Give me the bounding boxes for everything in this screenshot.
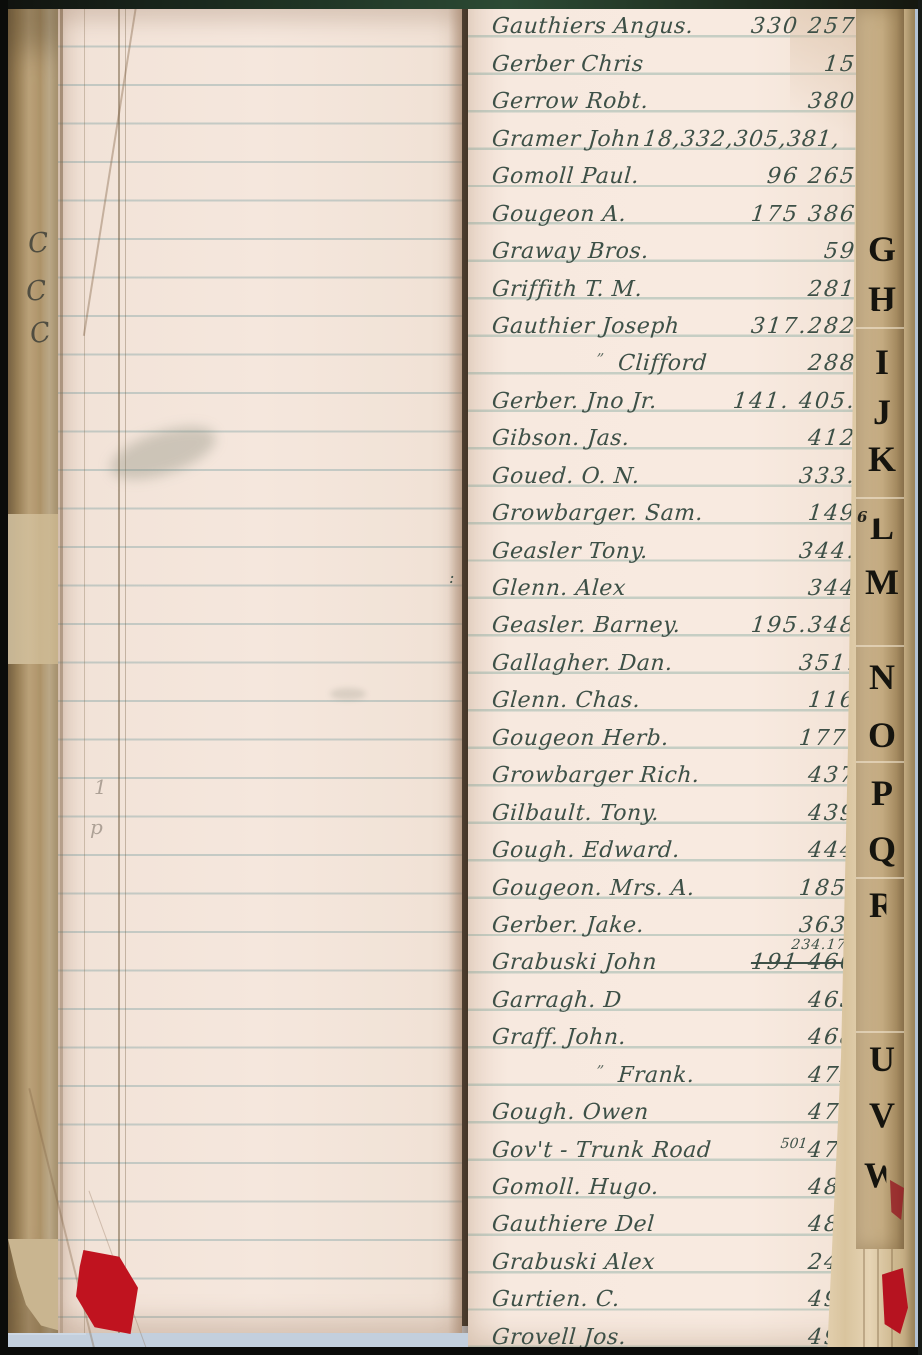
entry-name: Gerber. Jake. (477, 913, 645, 938)
entry-name: Gov't - Trunk Road (477, 1138, 712, 1163)
entry-page-numbers: 195.348 (750, 613, 866, 638)
tab-tear-line (856, 877, 904, 879)
page-numbers: 344. (798, 539, 858, 564)
entry-page-numbers: 96 265 (766, 164, 866, 189)
entry-page-numbers: 18,332,305,381, (639, 127, 849, 152)
entry-name: Gough. Owen (477, 1100, 650, 1125)
page-numbers: 288 (807, 351, 858, 376)
page-numbers: 96 265 (766, 164, 858, 189)
entry-name: Griffith T. M. (477, 277, 643, 302)
entry-name: Gallagher. Dan. (477, 651, 673, 676)
page-fold-line (60, 9, 63, 1333)
index-entry: Gough. Edward.444 (478, 826, 864, 863)
index-entry: Garragh. D465 (478, 975, 864, 1012)
torn-paper-chunk (8, 514, 60, 664)
entry-name: ”Clifford (477, 350, 708, 376)
alphabet-tab-j[interactable]: J (864, 394, 900, 430)
entry-name: Gerber. Jno Jr. (477, 389, 658, 414)
index-entry: Griffith T. M.281 (478, 264, 864, 301)
entry-name: ”Frank. (477, 1062, 695, 1088)
page-numbers: 195.348 (750, 613, 858, 638)
entry-page-numbers: 175 386 (750, 202, 866, 227)
page-numbers: 351. (798, 651, 858, 676)
entry-name: Gurtien. C. (477, 1287, 621, 1312)
alphabet-tab-v[interactable]: V (864, 1097, 900, 1133)
entry-name: Glenn. Chas. (477, 688, 641, 713)
page-numbers: 281 (807, 277, 858, 302)
entry-name: Goued. O. N. (477, 464, 640, 489)
entry-name: Graway Bros. (477, 239, 650, 264)
page-numbers: 149 (807, 501, 858, 526)
index-entry: Gomoll. Hugo.483 (478, 1163, 864, 1200)
struck-page-numbers: 191 460 (750, 950, 858, 975)
index-entry: Growbarger Rich.437 (478, 751, 864, 788)
tab-tear-line (856, 327, 904, 329)
entry-name: Gougeon Herb. (477, 726, 670, 751)
entry-name: Gauthiere Del (477, 1212, 655, 1237)
scan-border (918, 0, 922, 1355)
scan-border (0, 1347, 922, 1355)
index-entry: Glenn. Alex344 (478, 564, 864, 601)
ink-smudge (330, 688, 366, 700)
alphabet-tab-p[interactable]: P (864, 775, 900, 811)
index-entry: Gough. Owen474 (478, 1088, 864, 1125)
entry-name: Geasler Tony. (477, 539, 649, 564)
index-entry: Gauthier Joseph317.282 (478, 302, 864, 339)
entry-name: Growbarger. Sam. (477, 501, 704, 526)
index-entry: Graff. John.468 (478, 1013, 864, 1050)
index-entry: Gerber. Jake.363. (478, 901, 864, 938)
entry-name: Graff. John. (477, 1025, 627, 1050)
entry-name: Gomoll. Hugo. (477, 1175, 660, 1200)
index-entry: Grovell Jos.498 (478, 1312, 864, 1349)
index-entry: Grabuski Alex241 (478, 1237, 864, 1274)
index-entry: Glenn. Chas.116 (478, 676, 864, 713)
entry-name: Gerrow Robt. (477, 89, 649, 114)
index-entry: Gerber Chris15 (478, 39, 864, 76)
alphabet-tab-u[interactable]: U (864, 1041, 900, 1077)
alphabet-tab-h[interactable]: H (864, 281, 900, 317)
entry-name: Gougeon. Mrs. A. (477, 876, 695, 901)
index-entry: Gougeon Herb.177. (478, 713, 864, 750)
index-entry: Gov't - Trunk Road501479 (478, 1125, 864, 1162)
entry-name: Grovell Jos. (477, 1325, 627, 1350)
entry-name: Grabuski John (477, 950, 658, 975)
entry-name: Growbarger Rich. (477, 763, 700, 788)
tab-tear-line (856, 1031, 904, 1033)
entry-name: Gough. Edward. (477, 838, 681, 863)
page-fold-line (84, 9, 85, 1333)
alphabet-tab-l[interactable]: L (864, 509, 900, 545)
pencil-mark: p (90, 815, 103, 839)
page-numbers: 141. 405. (732, 389, 858, 414)
index-entry: Geasler. Barney.195.348 (478, 601, 864, 638)
index-entry: Grabuski John191 460234.176. (478, 938, 864, 975)
page-numbers: 317.282 (750, 314, 858, 339)
page-numbers: 344 (807, 576, 858, 601)
entry-name: Geasler. Barney. (477, 613, 681, 638)
page-numbers: 330 257 (750, 14, 858, 39)
tab-tear-line (856, 497, 904, 499)
entry-page-numbers: 317.282 (750, 314, 866, 339)
index-entry: ”Frank.472 (478, 1050, 864, 1087)
index-entry: Gibson. Jas.412 (478, 414, 864, 451)
margin-letter-mark: C (24, 275, 48, 308)
alphabet-tab-g[interactable]: G (864, 231, 900, 267)
index-entry: Gurtien. C.495 (478, 1275, 864, 1312)
page-numbers: 18,332,305,381, (641, 127, 841, 152)
ditto-mark: ” (596, 1062, 605, 1080)
entry-name: Garragh. D (477, 988, 622, 1013)
stray-ink-mark: : (449, 568, 454, 587)
entry-name: Gauthier Joseph (477, 314, 680, 339)
index-entry: Geasler Tony.344. (478, 526, 864, 563)
tab-small-mark: 6 (857, 508, 867, 526)
entry-name: Gauthiers Angus. (477, 14, 694, 39)
page-numbers: 412 (807, 426, 858, 451)
entry-name: Gomoll Paul. (477, 164, 640, 189)
alphabet-tab-r[interactable]: R (864, 887, 900, 923)
index-entry: Gilbault. Tony.439 (478, 788, 864, 825)
entry-name: Gerber Chris (477, 52, 644, 77)
scanned-ledger-page: C C C 1 p : Gauthiers Angus.330 257Gerbe… (0, 0, 922, 1355)
index-entry: Gallagher. Dan.351. (478, 638, 864, 675)
ditto-mark: ” (596, 350, 605, 368)
alphabet-tab-m[interactable]: M (864, 564, 900, 600)
index-entry: Gougeon. Mrs. A.185. (478, 863, 864, 900)
tab-tear-line (856, 761, 904, 763)
index-entry: Growbarger. Sam.149 (478, 489, 864, 526)
page-numbers: 333. (798, 464, 858, 489)
tab-tear-line (856, 645, 904, 647)
page-numbers: 175 386 (750, 202, 858, 227)
margin-letter-mark: C (26, 227, 50, 260)
entry-page-numbers: 141. 405. (732, 389, 866, 414)
alphabet-tab-o[interactable]: O (864, 717, 900, 753)
entry-page-numbers: 330 257 (750, 14, 866, 39)
page-fold-line (125, 9, 126, 1333)
index-entry: Gomoll Paul.96 265 (478, 152, 864, 189)
alphabet-tab-q[interactable]: Q (864, 831, 900, 867)
alphabet-tab-strip: GHIJKLMNOPQRUVW (856, 9, 904, 1249)
entry-name: Grabuski Alex (477, 1250, 656, 1275)
index-entry: Graway Bros.59 (478, 227, 864, 264)
page-numbers: 15 (823, 52, 858, 77)
page-numbers: 59 (823, 239, 858, 264)
index-entry: Gerber. Jno Jr.141. 405. (478, 376, 864, 413)
page-fold-line (118, 9, 120, 1333)
index-entry: ”Clifford288 (478, 339, 864, 376)
scan-border (0, 0, 8, 1355)
entries-list: Gauthiers Angus.330 257Gerber Chris15Ger… (478, 2, 864, 1355)
entry-name: Gougeon A. (477, 202, 627, 227)
alphabet-tab-n[interactable]: N (864, 659, 900, 695)
scan-border (0, 0, 922, 9)
index-entry: Gougeon A.175 386 (478, 189, 864, 226)
page-numbers: 380 (807, 89, 858, 114)
superscript-page-number: 501 (780, 1136, 808, 1152)
entry-name: Gramer John (477, 127, 641, 152)
index-entry: Goued. O. N.333. (478, 451, 864, 488)
pencil-mark: 1 (94, 775, 107, 799)
entry-name: Gibson. Jas. (477, 426, 630, 451)
index-entry: Gauthiere Del486 (478, 1200, 864, 1237)
entry-name: Glenn. Alex (477, 576, 627, 601)
index-entry: Gerrow Robt.380 (478, 77, 864, 114)
entry-name: Gilbault. Tony. (477, 801, 660, 826)
alphabet-tab-k[interactable]: K (864, 441, 900, 477)
worn-page-edges-stack (8, 9, 60, 1333)
alphabet-tab-i[interactable]: I (864, 344, 900, 380)
index-entry: Gramer John18,332,305,381, (478, 114, 864, 151)
